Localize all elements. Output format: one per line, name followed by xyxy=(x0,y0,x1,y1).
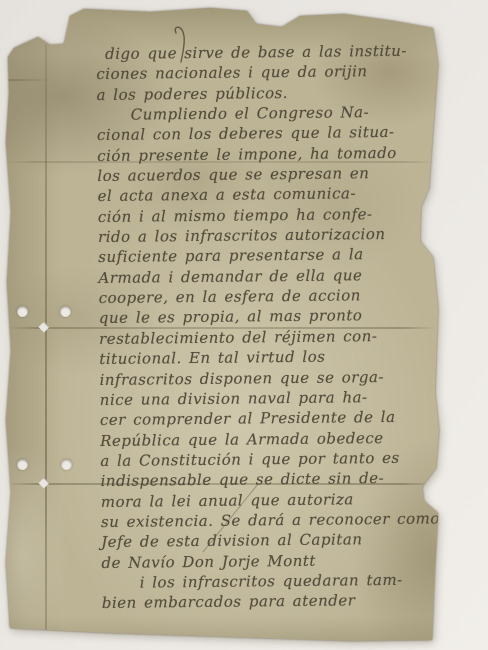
fold-crease-top-left xyxy=(6,79,52,81)
punch-hole xyxy=(17,306,28,317)
photo-background: digo que sirve de base a las institu- ci… xyxy=(0,0,488,650)
manuscript-page: digo que sirve de base a las institu- ci… xyxy=(0,0,488,650)
fold-crease-vertical xyxy=(45,44,47,636)
punch-hole xyxy=(61,459,72,470)
manuscript-page-wrapper: digo que sirve de base a las institu- ci… xyxy=(0,0,488,650)
fold-tear-nick xyxy=(38,321,49,332)
handwriting-block: digo que sirve de base a las institu- ci… xyxy=(96,40,446,613)
punch-hole xyxy=(17,459,28,470)
handwritten-line: bien embarcados para atender xyxy=(102,590,446,614)
fold-tear-nick xyxy=(38,477,49,488)
punch-hole xyxy=(60,306,71,317)
